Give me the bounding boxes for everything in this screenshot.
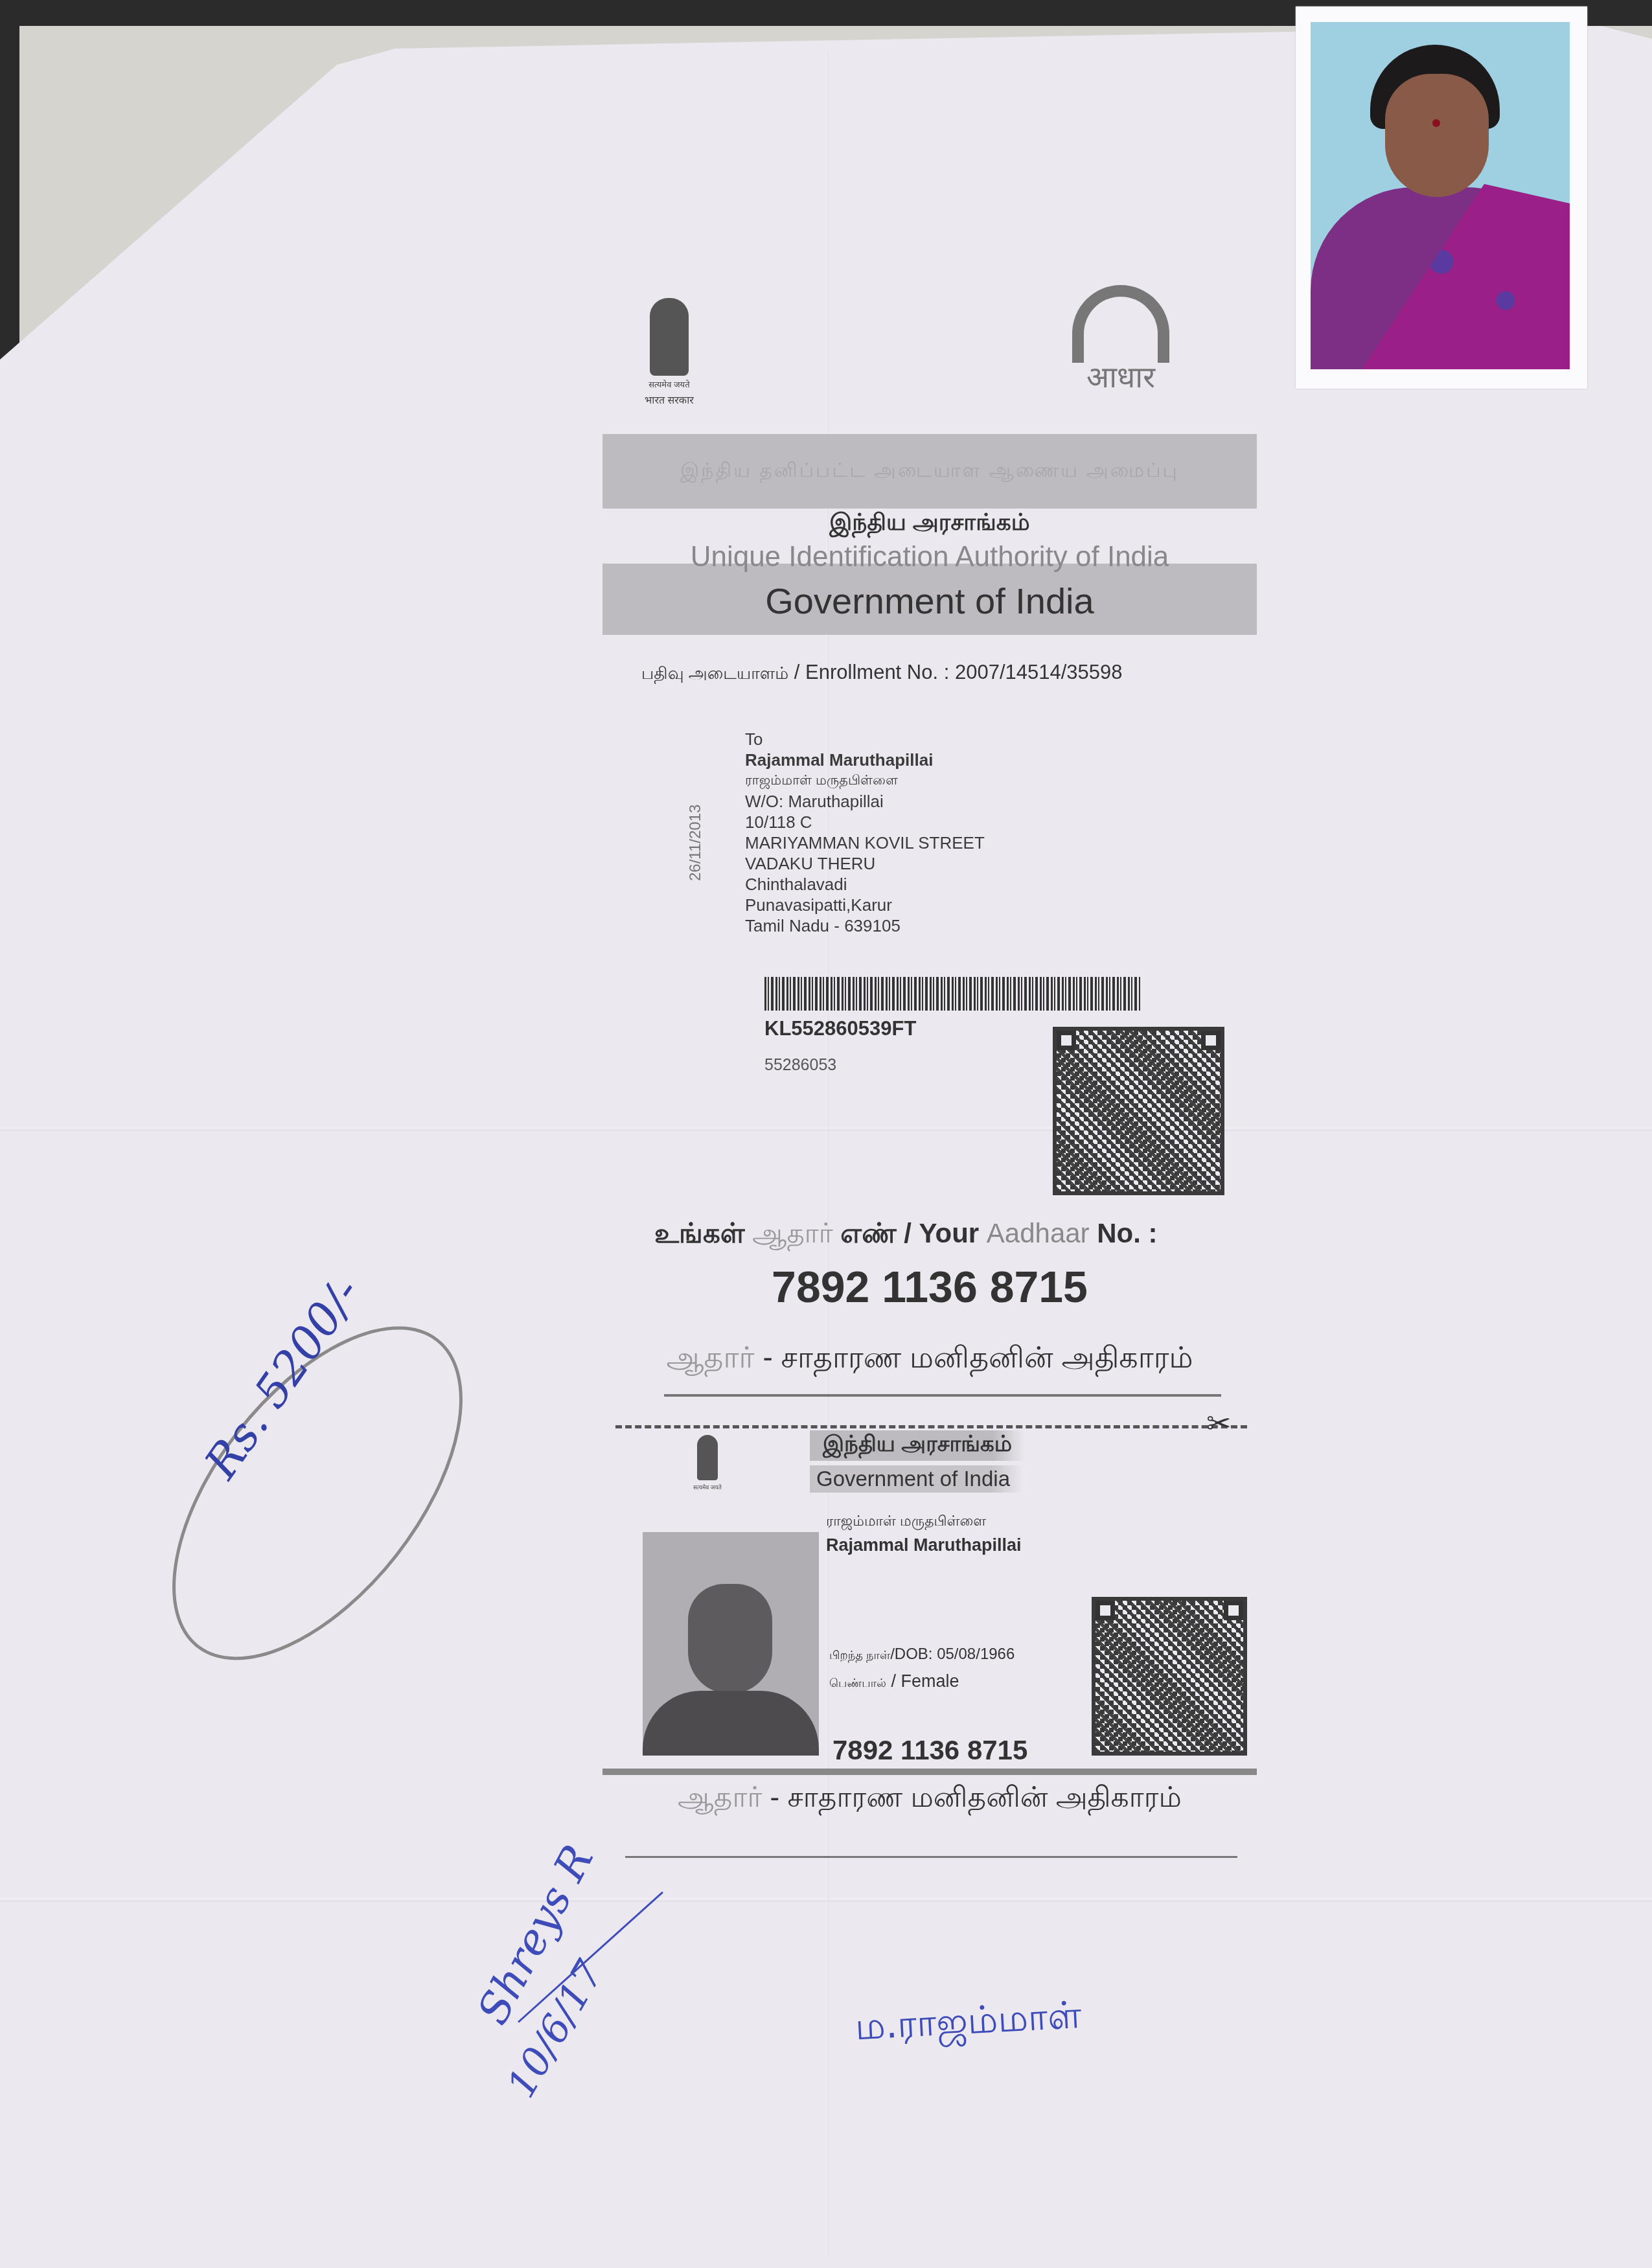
recipient-name: Rajammal Maruthapillai xyxy=(745,750,985,770)
cut-line xyxy=(615,1425,1247,1428)
address-line: To xyxy=(745,729,985,750)
aadhaar-number-label: உங்கள் ஆதார் எண் / Your Aadhaar No. : xyxy=(654,1218,1158,1253)
dob-label-ta: பிறந்த நாள் xyxy=(829,1649,890,1662)
government-heading: Government of India xyxy=(602,580,1257,622)
address-line: 10/118 C xyxy=(745,812,985,832)
card-title-tamil: இந்திய அரசாங்கம் xyxy=(810,1430,1025,1461)
uidai-heading: Unique Identification Authority of India xyxy=(602,541,1257,573)
applicant-signature: ம.ராஜம்மாள் xyxy=(854,1993,1083,2054)
aadhaar-letter: सत्यमेव जयते भारत सरकार आधार இந்திய தனிப… xyxy=(602,259,1270,1859)
applicant-photo xyxy=(1311,22,1570,369)
address-line: W/O: Maruthapillai xyxy=(745,791,985,812)
card-divider xyxy=(602,1769,1257,1775)
card-qr-code xyxy=(1092,1597,1247,1756)
print-date: 26/11/2013 xyxy=(687,805,705,881)
label-part: No. : xyxy=(1090,1218,1158,1248)
barcode xyxy=(764,977,1140,1011)
card-photo xyxy=(643,1532,819,1756)
aadhaar-logo-text: आधार xyxy=(1037,356,1205,396)
card-name-tamil: ராஜம்மாள் மருதபிள்ளை xyxy=(826,1513,986,1531)
label-part: ஆதார் xyxy=(752,1218,840,1248)
gender-label-ta: பெண்பால் xyxy=(829,1677,886,1690)
card-tagline: ஆதார் - சாதாரண மனிதனின் அதிகாரம் xyxy=(602,1781,1257,1818)
emblem-motto: सत्यमेव जयते xyxy=(693,1483,722,1491)
uidai-tamil-faint: இந்திய தனிப்பட்ட அடையாள ஆணைய அமைப்பு xyxy=(602,460,1257,485)
gender: பெண்பால் / Female xyxy=(829,1671,959,1691)
dob-value: 05/08/1966 xyxy=(937,1645,1015,1663)
address-line: Punavasipatti,Karur xyxy=(745,895,985,915)
tagline-part: - சாதாரண மனிதனின் அதிகாரம் xyxy=(755,1340,1193,1374)
address-line: Tamil Nadu - 639105 xyxy=(745,915,985,936)
national-emblem: सत्यमेव जयते भारत सरकार xyxy=(645,298,694,407)
tagline-part: - சாதாரண மனிதனின் அதிகாரம் xyxy=(762,1781,1182,1813)
address-block: To Rajammal Maruthapillai ராஜம்மாள் மருத… xyxy=(745,729,985,936)
qr-code xyxy=(1053,1027,1224,1195)
tagline-part: ஆதார் xyxy=(666,1340,754,1374)
card-name: Rajammal Maruthapillai xyxy=(826,1535,1022,1555)
date-of-birth: பிறந்த நாள்/DOB: 05/08/1966 xyxy=(829,1645,1015,1664)
ashoka-emblem-icon xyxy=(650,298,689,376)
ashoka-emblem-icon xyxy=(697,1435,718,1480)
fingerprint-sun-icon xyxy=(1072,285,1169,363)
dob-label: /DOB: xyxy=(890,1645,937,1663)
tamil-government-heading: இந்திய அரசாங்கம் xyxy=(602,509,1257,539)
scissors-icon: ✂ xyxy=(1206,1406,1232,1441)
enrollment-number: பதிவு அடையாளம் / Enrollment No. : 2007/1… xyxy=(641,661,1123,685)
label-part: உங்கள் xyxy=(654,1218,752,1248)
gender-value: Female xyxy=(901,1671,959,1691)
passport-photo xyxy=(1296,6,1587,389)
address-line: VADAKU THERU xyxy=(745,853,985,874)
label-part: Aadhaar xyxy=(987,1218,1090,1248)
tagline-part: ஆதார் xyxy=(678,1781,762,1813)
reference-number: 55286053 xyxy=(764,1056,836,1075)
enrollment-label: / Enrollment No. : xyxy=(788,661,955,683)
aadhaar-tagline: ஆதார் - சாதாரண மனிதனின் அதிகாரம் xyxy=(602,1340,1257,1379)
card-aadhaar-number: 7892 1136 8715 xyxy=(832,1735,1027,1766)
gender-sep: / xyxy=(886,1671,901,1691)
emblem-motto: सत्यमेव जयते xyxy=(648,378,689,390)
tagline-underline xyxy=(664,1394,1221,1397)
tracking-number: KL552860539FT xyxy=(764,1017,916,1040)
enrollment-label-ta: பதிவு அடையாளம் xyxy=(641,663,788,683)
card-bottom-border xyxy=(625,1856,1237,1858)
emblem-caption: भारत सरकार xyxy=(645,393,694,407)
enrollment-value: 2007/14514/35598 xyxy=(955,661,1123,683)
card-title: Government of India xyxy=(810,1465,1023,1493)
label-part: எண் / Your xyxy=(840,1218,986,1248)
aadhaar-number: 7892 1136 8715 xyxy=(602,1262,1257,1312)
address-line: Chinthalavadi xyxy=(745,874,985,895)
card-emblem: सत्यमेव जयते xyxy=(693,1435,722,1491)
aadhaar-logo: आधार xyxy=(1037,285,1205,402)
recipient-name-tamil: ராஜம்மாள் மருதபிள்ளை xyxy=(745,770,985,791)
address-line: MARIYAMMAN KOVIL STREET xyxy=(745,832,985,853)
